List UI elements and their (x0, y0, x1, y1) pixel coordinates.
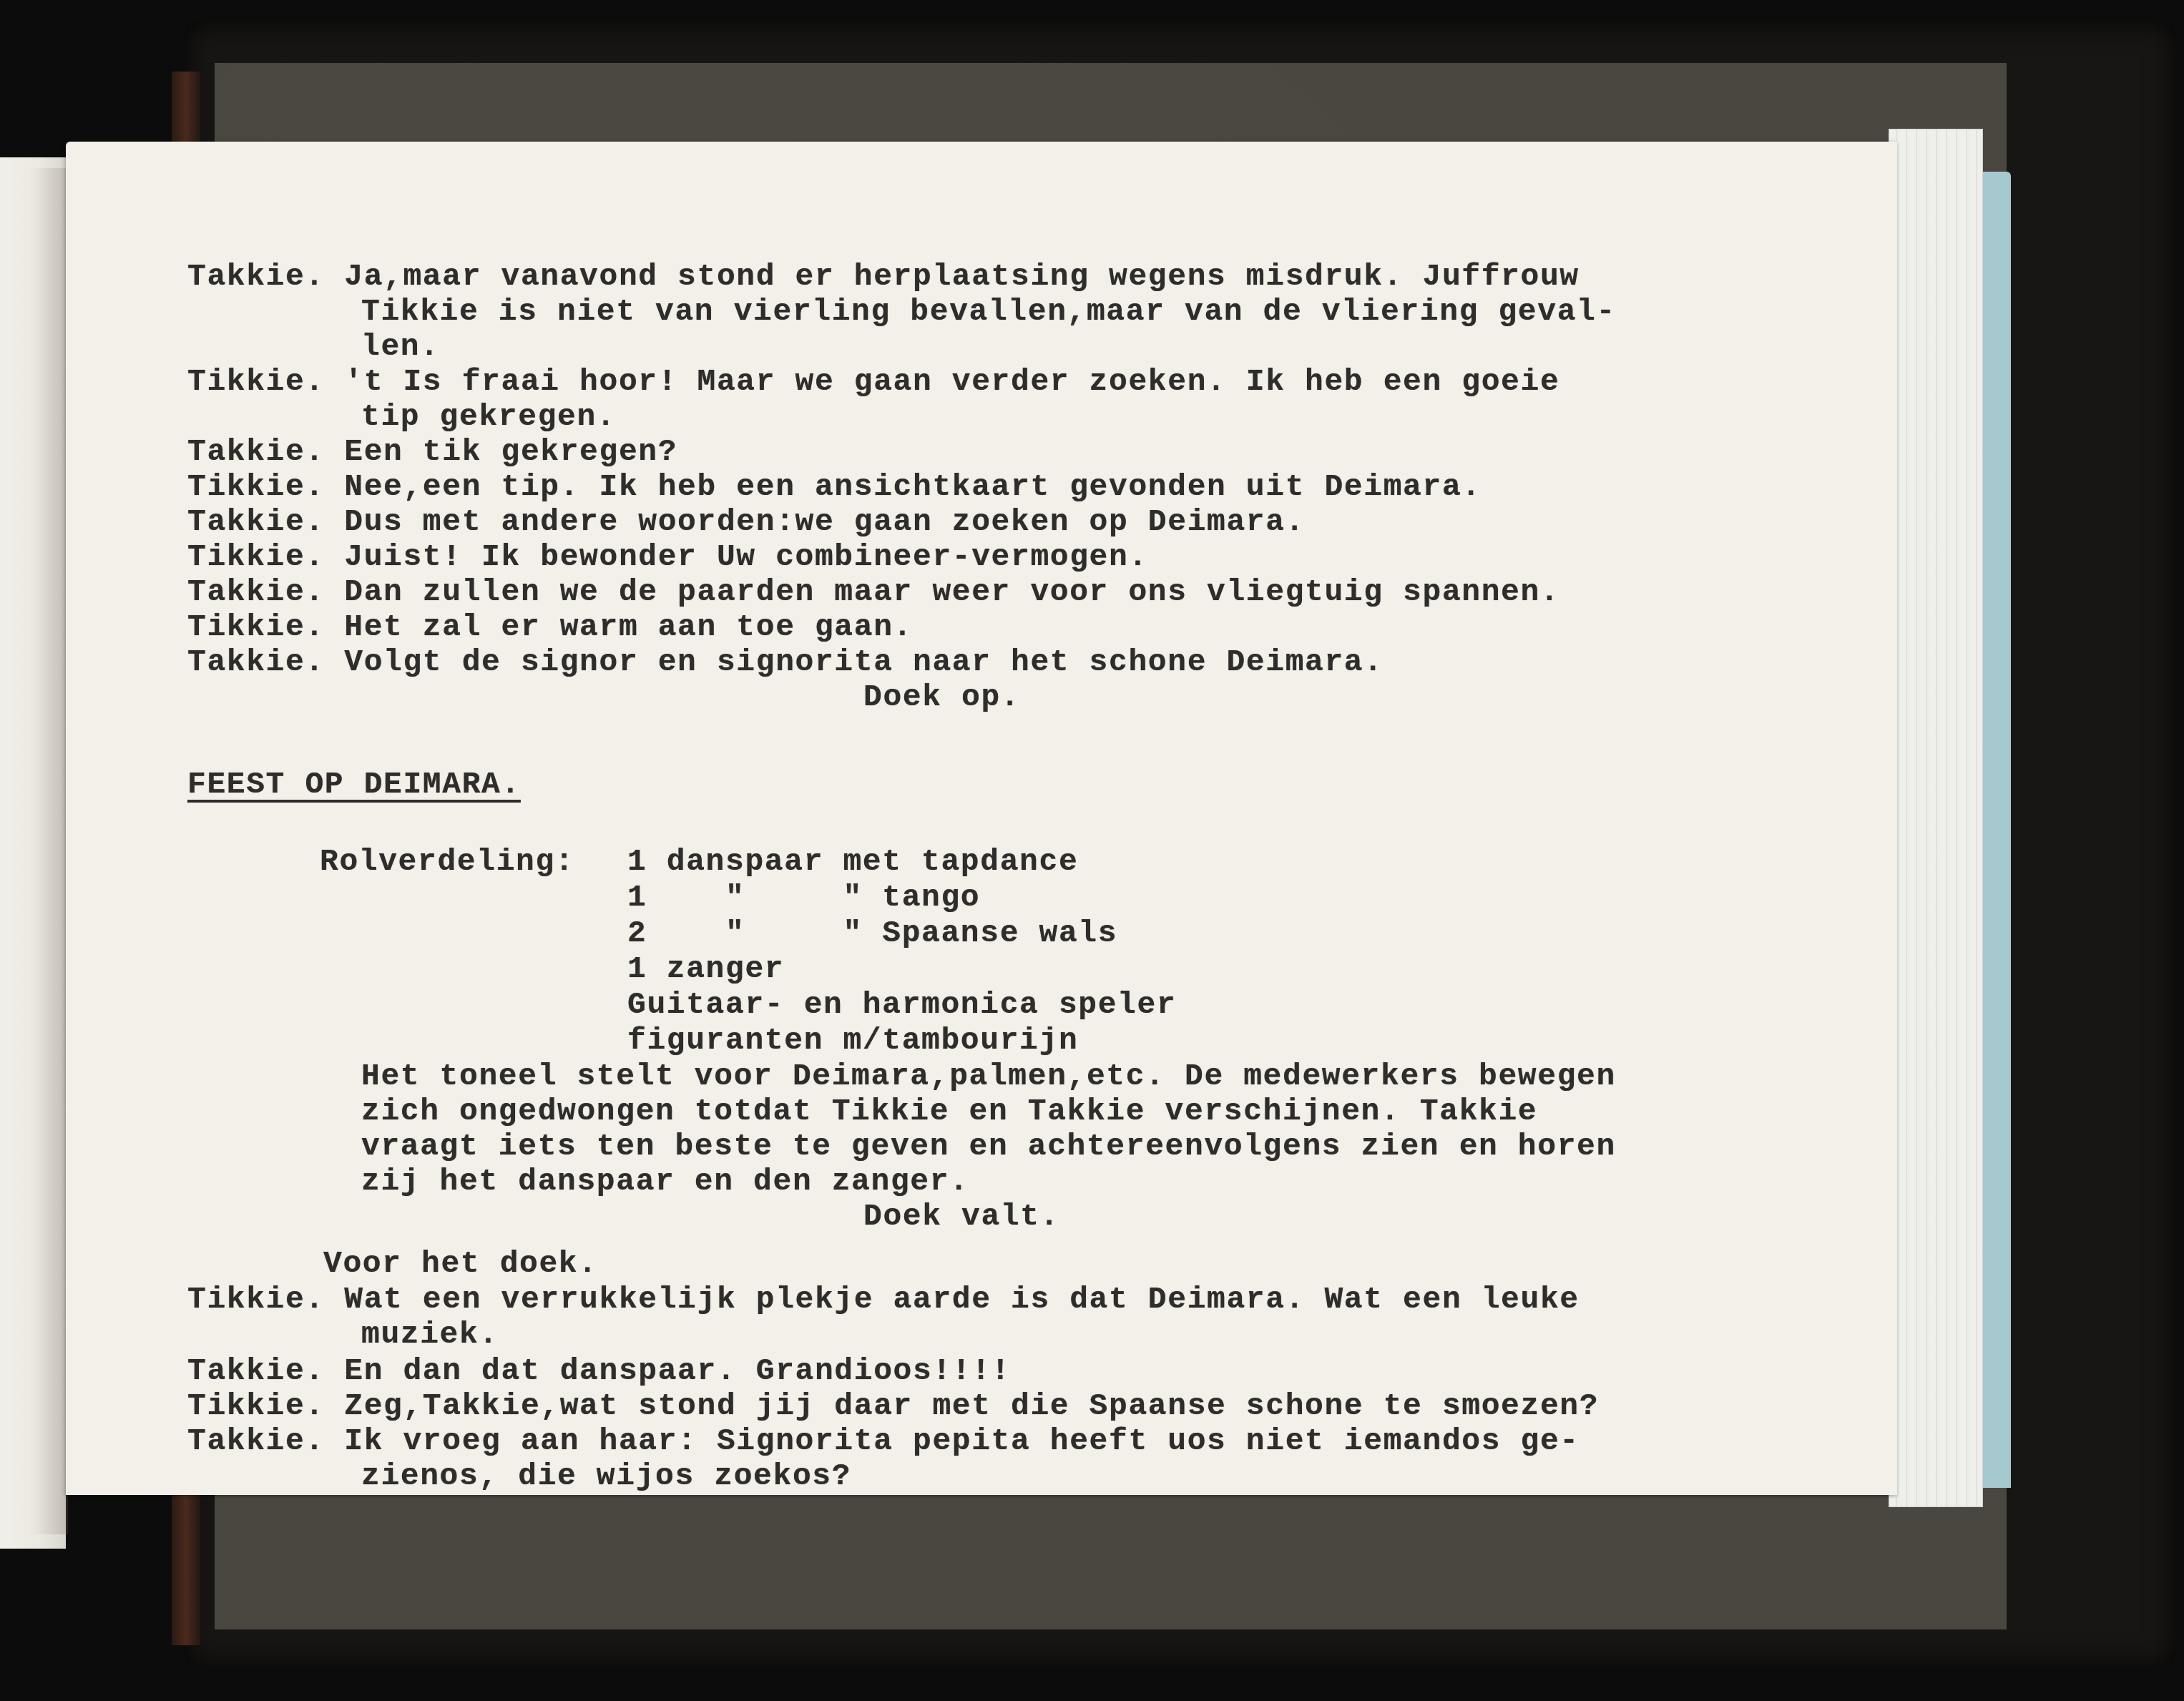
stage-direction: Doek op. (863, 680, 1020, 715)
dialogue-continuation: len. (361, 329, 440, 364)
dialogue-line: Takkie. Dus met andere woorden:we gaan z… (187, 504, 1305, 539)
scene-description-line: zich ongedwongen totdat Tikkie en Takkie… (361, 1094, 1537, 1129)
dialogue-continuation: zienos, die wijos zoekos? (361, 1459, 851, 1494)
scene-description-line: Het toneel stelt voor Deimara,palmen,etc… (361, 1059, 1616, 1094)
page-stack-edges (1889, 129, 1983, 1507)
section-heading: FEEST OP DEIMARA. (187, 767, 521, 802)
cast-item: 1 zanger (627, 951, 784, 986)
dialogue-line: Tikkie. Het zal er warm aan toe gaan. (187, 609, 913, 644)
cast-item: 2 " " Spaanse wals (627, 916, 1117, 951)
cast-item: 1 " " tango (627, 880, 980, 915)
stage-direction: Voor het doek. (323, 1246, 598, 1281)
cast-item: Guitaar- en harmonica speler (627, 987, 1176, 1022)
dialogue-line: Tikkie. 't Is fraai hoor! Maar we gaan v… (187, 364, 1559, 399)
dialogue-line: Takkie. Volgt de signor en signorita naa… (187, 644, 1384, 680)
cast-item: figuranten m/tambourijn (627, 1023, 1078, 1058)
stage-direction: Doek valt. (863, 1199, 1059, 1234)
dialogue-line: Tikkie. Zeg,Takkie,wat stond jij daar me… (187, 1388, 1599, 1423)
cast-item: 1 danspaar met tapdance (627, 844, 1078, 879)
dialogue-line: Takkie. Ja,maar vanavond stond er herpla… (187, 259, 1580, 294)
dialogue-line: Takkie. Dan zullen we de paarden maar we… (187, 574, 1559, 609)
dialogue-line: Takkie. En dan dat danspaar. Grandioos!!… (187, 1353, 1011, 1388)
dialogue-line: Tikkie. Nee,een tip. Ik heb een ansichtk… (187, 469, 1482, 504)
dialogue-continuation: Tikkie is niet van vierling bevallen,maa… (361, 294, 1616, 329)
scene-description-line: vraagt iets ten beste te geven en achter… (361, 1129, 1616, 1164)
dialogue-line: Takkie. Ik vroeg aan haar: Signorita pep… (187, 1423, 1580, 1459)
dialogue-continuation: tip gekregen. (361, 399, 616, 434)
dialogue-line: Tikkie. Juist! Ik bewonder Uw combineer-… (187, 539, 1148, 574)
scene-description-line: zij het danspaar en den zanger. (361, 1164, 969, 1199)
gutter-shadow (29, 168, 68, 1534)
dialogue-line: Tikkie. Wat een verrukkelijk plekje aard… (187, 1282, 1580, 1317)
dialogue-line: Takkie. Een tik gekregen? (187, 434, 677, 469)
cast-label: Rolverdeling: (320, 844, 574, 879)
dialogue-continuation: muziek. (361, 1317, 499, 1352)
script-text: Takkie. Ja,maar vanavond stond er herpla… (187, 259, 1869, 1489)
